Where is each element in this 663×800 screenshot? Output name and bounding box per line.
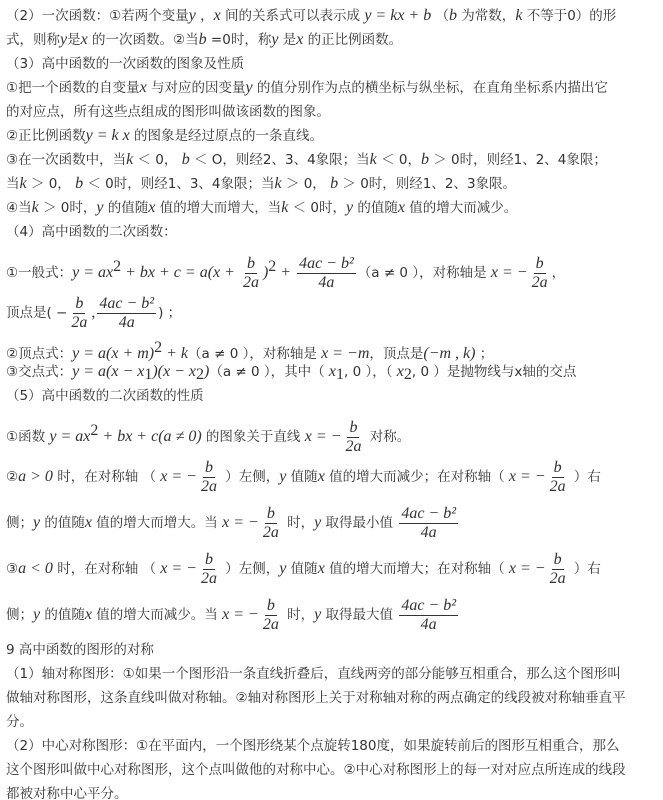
text: =0时，称 bbox=[207, 32, 272, 48]
math-var: x bbox=[85, 514, 92, 531]
s9-p1-line-3: 分。 bbox=[6, 710, 657, 734]
math-var: x bbox=[140, 79, 147, 96]
denominator: 4a bbox=[316, 274, 336, 292]
text: 式，则称 bbox=[6, 32, 60, 48]
math-equation: )(x − x bbox=[152, 363, 196, 380]
s4-intercept-form: ③交点式：y = a(x − x1)(x − x2)（a ≠ 0 ），其中（ x… bbox=[6, 360, 657, 384]
numerator: b bbox=[534, 255, 546, 274]
numerator: b bbox=[245, 255, 257, 274]
text: 不等于0）的形 bbox=[522, 8, 616, 24]
denominator: 2a bbox=[199, 478, 219, 496]
s5-p1: ①函数 y = ax2 + bx + c(a ≠ 0) 的图象关于直线 x = … bbox=[6, 408, 657, 454]
text: ）左侧， bbox=[221, 469, 279, 485]
denominator: 2a bbox=[261, 524, 281, 542]
s9-p2-line-2: 这个图形叫做中心对称图形，这个点叫做他的对称中心。②中心对称图形上的每一对对应点… bbox=[6, 758, 657, 782]
text: ②正比例函数 bbox=[6, 128, 86, 144]
denominator: 2a bbox=[548, 478, 568, 496]
math-var: y bbox=[86, 127, 93, 144]
fraction-b-over-2a: b2a bbox=[261, 597, 281, 634]
text: ② bbox=[6, 469, 18, 485]
numerator: b bbox=[265, 505, 277, 524]
math-var: k bbox=[370, 151, 377, 168]
text: 值的增大而减少。当 bbox=[92, 607, 222, 623]
math-equation: x = − bbox=[509, 468, 546, 485]
text: ）右 bbox=[570, 469, 601, 485]
math-var: k bbox=[32, 199, 39, 216]
text: ）右 bbox=[570, 561, 601, 577]
s4-title: （4）高中函数的二次函数： bbox=[6, 220, 657, 244]
math-equation: x = − bbox=[160, 560, 197, 577]
numerator: 4ac − b² bbox=[399, 505, 458, 524]
s5-p3-line-1: ③a < 0 时，在对称轴 （ x = −b2a ）左侧，y 值随x 值的增大而… bbox=[6, 546, 657, 592]
math-var: x bbox=[318, 560, 325, 577]
text: ＜ 0时， bbox=[288, 200, 346, 216]
math-var: b bbox=[330, 175, 338, 192]
s9-p2-line-3: 都被对称中心平分。 bbox=[6, 782, 657, 800]
s4-vertex-form: ②顶点式：y = a(x + m)2 + k（a ≠ 0 ），对称轴是 x = … bbox=[6, 336, 657, 360]
math-equation: a > 0 bbox=[18, 468, 53, 485]
s9-p1-line-2: 做轴对称图形，这条直线叫做对称轴。②轴对称图形上关于对称轴对称的两点确定的线段被… bbox=[6, 686, 657, 710]
text: （2）一次函数：①若两个变量 bbox=[6, 8, 189, 24]
numerator: 4ac − b² bbox=[297, 255, 356, 274]
s3-p1-line-2: 的对应点，所有这些点组成的图形叫做该函数的图象。 bbox=[6, 100, 657, 124]
text: ③交点式： bbox=[6, 364, 72, 380]
text: 的正比例函数。 bbox=[303, 32, 402, 48]
s3-p2: ②正比例函数y = k x 的图象是经过原点的一条直线。 bbox=[6, 124, 657, 148]
text: 的图象是经过原点的一条直线。 bbox=[130, 128, 323, 144]
math-equation: y = kx + b bbox=[364, 7, 431, 24]
exponent: 2 bbox=[154, 339, 162, 356]
fraction-b-over-2a: b2a bbox=[343, 419, 363, 456]
fraction-b-over-2a: b2a bbox=[69, 295, 89, 332]
denominator: 4a bbox=[419, 524, 439, 542]
text: 时，在对称轴 （ bbox=[53, 561, 160, 577]
text: 值随 bbox=[286, 561, 317, 577]
denominator: 4a bbox=[419, 616, 439, 634]
math-var: x bbox=[318, 468, 325, 485]
denominator: 2a bbox=[241, 274, 261, 292]
subscript: 2 bbox=[196, 366, 204, 383]
denominator: 2a bbox=[199, 570, 219, 588]
fraction-b-over-2a: b2a bbox=[199, 551, 219, 588]
text: 的值随 bbox=[104, 200, 149, 216]
numerator: b bbox=[203, 551, 215, 570]
text: , 0 ），（ bbox=[344, 364, 397, 380]
text: ＞ 0时，则经1、2、3象限。 bbox=[338, 176, 516, 192]
numerator: b bbox=[552, 459, 564, 478]
s2-line-2: 式，则称y是x 的一次函数。②当b =0时，称y 是x 的正比例函数。 bbox=[6, 28, 657, 52]
denominator: 4a bbox=[117, 314, 137, 332]
document: （2）一次函数：①若两个变量y ，x 间的关系式可以表示成 y = kx + b… bbox=[0, 0, 663, 800]
fraction-4ac-b2-over-4a: 4ac − b²4a bbox=[399, 505, 458, 542]
numerator: b bbox=[73, 295, 85, 314]
numerator: b bbox=[552, 551, 564, 570]
text: ①一般式： bbox=[6, 265, 72, 281]
text: 的一次函数。②当 bbox=[88, 32, 199, 48]
math-equation: x = − bbox=[305, 428, 342, 445]
math-var: y bbox=[189, 7, 196, 24]
text: ， bbox=[196, 8, 214, 24]
text: 侧； bbox=[6, 607, 33, 623]
text: ) ； bbox=[158, 305, 181, 321]
text: （ bbox=[431, 8, 449, 24]
numerator: b bbox=[347, 419, 359, 438]
text: 的值随 bbox=[40, 607, 85, 623]
math-var: x bbox=[214, 7, 221, 24]
s4-vertex: 顶点是( −b2a,4ac − b²4a) ； bbox=[6, 290, 657, 336]
text: ①函数 bbox=[6, 429, 49, 445]
math-var: y bbox=[246, 79, 253, 96]
text: ＞ 0时，则经1、2、4象限； bbox=[429, 152, 607, 168]
fraction-b-over-2a: b2a bbox=[548, 459, 568, 496]
text: 是 bbox=[278, 32, 296, 48]
text: 值的增大而增大；在对称轴（ bbox=[325, 561, 509, 577]
fraction-b-over-2a: b2a bbox=[199, 459, 219, 496]
math-var: x bbox=[85, 606, 92, 623]
math-equation: + bbox=[276, 264, 295, 281]
subscript: 1 bbox=[336, 366, 344, 383]
numerator: 4ac − b² bbox=[399, 597, 458, 616]
fraction-b-over-2a: b2a bbox=[261, 505, 281, 542]
math-var: k bbox=[275, 175, 282, 192]
s4-general-form: ①一般式：y = ax2 + bx + c = a(x + b2a)2 + 4a… bbox=[6, 244, 657, 290]
math-var: x bbox=[398, 199, 405, 216]
numerator: b bbox=[265, 597, 277, 616]
fraction-4ac-b2-over-4a: 4ac − b²4a bbox=[297, 255, 356, 292]
text: 值的增大而减少；在对称轴（ bbox=[325, 469, 509, 485]
text: 与对应的因变量 bbox=[147, 80, 246, 96]
s3-p4: ④当k ＞ 0时，y 的值随x 值的增大而增大，当k ＜ 0时，y 的值随x 值… bbox=[6, 196, 657, 220]
text: ＞ 0， bbox=[27, 176, 75, 192]
text: 侧； bbox=[6, 515, 33, 531]
math-var: y bbox=[96, 199, 103, 216]
subscript: 2 bbox=[404, 366, 412, 383]
math-equation: = k x bbox=[93, 127, 130, 144]
text: 时， bbox=[283, 515, 314, 531]
text: ， bbox=[552, 265, 566, 281]
fraction-b-over-2a: b2a bbox=[241, 255, 261, 292]
math-equation: x = − bbox=[509, 560, 546, 577]
math-var: b bbox=[182, 151, 190, 168]
text: （a ≠ 0 ），其中（ bbox=[209, 364, 329, 380]
text: 顶点是( − bbox=[6, 305, 67, 321]
text: 取得最大值 bbox=[321, 607, 397, 623]
text: ＜ 0， bbox=[133, 152, 181, 168]
text: ③在一次函数中，当 bbox=[6, 152, 126, 168]
exponent: 2 bbox=[113, 258, 121, 275]
text: 当 bbox=[6, 176, 20, 192]
text: 的值随 bbox=[40, 515, 85, 531]
math-var: x bbox=[329, 363, 336, 380]
math-var: b bbox=[75, 175, 83, 192]
text: 值的增大而增大。当 bbox=[92, 515, 222, 531]
math-equation: y = ax bbox=[72, 264, 113, 281]
fraction-4ac-b2-over-4a: 4ac − b²4a bbox=[399, 597, 458, 634]
math-var: b bbox=[199, 31, 207, 48]
text: 间的关系式可以表示成 bbox=[221, 8, 365, 24]
text: ）左侧， bbox=[221, 561, 279, 577]
math-equation: x = − bbox=[160, 468, 197, 485]
s5-p3-line-2: 侧；y 的值随x 值的增大而减少。当 x = −b2a 时，y 取得最大值 4a… bbox=[6, 592, 657, 638]
math-var: k bbox=[20, 175, 27, 192]
text: 是 bbox=[67, 32, 81, 48]
math-equation: + bx + c = a(x + bbox=[121, 264, 239, 281]
math-equation: x = − bbox=[222, 606, 259, 623]
s3-p1-line-1: ①把一个函数的自变量x 与对应的因变量y 的值分别作为点的横坐标与纵坐标，在直角… bbox=[6, 76, 657, 100]
text: （a ≠ 0 ），对称轴是 bbox=[358, 265, 491, 281]
text: ＜ O，则经2、3、4象限；当 bbox=[190, 152, 370, 168]
text: 值的增大而减少。 bbox=[405, 200, 517, 216]
s5-p2-line-2: 侧；y 的值随x 值的增大而增大。当 x = −b2a 时，y 取得最小值 4a… bbox=[6, 500, 657, 546]
s9-p1-line-1: （1）轴对称图形：①如果一个图形沿一条直线折叠后，直线两旁的部分能够互相重合，那… bbox=[6, 662, 657, 686]
s3-p3-line-1: ③在一次函数中，当k ＜ 0， b ＜ O，则经2、3、4象限；当k ＜ 0，b… bbox=[6, 148, 657, 172]
text: ＞ 0， bbox=[282, 176, 330, 192]
fraction-4ac-b2-over-4a: 4ac − b²4a bbox=[97, 295, 156, 332]
s3-p3-line-2: 当k ＞ 0， b ＜ 0时，则经1、3、4象限；当k ＞ 0， b ＞ 0时，… bbox=[6, 172, 657, 196]
denominator: 2a bbox=[69, 314, 89, 332]
s3-title: （3）高中函数的一次函数的图象及性质 bbox=[6, 52, 657, 76]
denominator: 2a bbox=[261, 616, 281, 634]
s9-p2-line-1: （2）中心对称图形：①在平面内，一个图形绕某个点旋转180度，如果旋转前后的图形… bbox=[6, 734, 657, 758]
math-var: x bbox=[397, 363, 404, 380]
denominator: 2a bbox=[548, 570, 568, 588]
text: 取得最小值 bbox=[321, 515, 397, 531]
text: 值随 bbox=[286, 469, 317, 485]
text: ①把一个函数的自变量 bbox=[6, 80, 140, 96]
text: 的图象关于直线 bbox=[202, 429, 305, 445]
text: 的值随 bbox=[353, 200, 398, 216]
denominator: 2a bbox=[343, 438, 363, 456]
text: , 0 ）是抛物线与x轴的交点 bbox=[412, 364, 576, 380]
fraction-b-over-2a: b2a bbox=[548, 551, 568, 588]
math-equation: y = ax bbox=[49, 428, 90, 445]
numerator: 4ac − b² bbox=[97, 295, 156, 314]
fraction-b-over-2a: b2a bbox=[530, 255, 550, 292]
text: ④当 bbox=[6, 200, 32, 216]
s9-title: 9 高中函数的图形的对称 bbox=[6, 638, 657, 662]
text: ③ bbox=[6, 561, 18, 577]
math-equation: x = − bbox=[491, 264, 528, 281]
text: ＜ 0， bbox=[377, 152, 421, 168]
text: ＜ 0时，则经1、3、4象限；当 bbox=[83, 176, 274, 192]
numerator: b bbox=[203, 459, 215, 478]
s2-line-1: （2）一次函数：①若两个变量y ，x 间的关系式可以表示成 y = kx + b… bbox=[6, 4, 657, 28]
denominator: 2a bbox=[530, 274, 550, 292]
math-equation: y = a(x − x bbox=[72, 363, 144, 380]
text: 值的增大而增大，当 bbox=[155, 200, 281, 216]
math-equation: a < 0 bbox=[18, 560, 53, 577]
math-equation: x = − bbox=[222, 514, 259, 531]
math-equation: + bx + c(a ≠ 0) bbox=[98, 428, 201, 445]
text: 时，在对称轴 （ bbox=[53, 469, 160, 485]
math-var: x bbox=[81, 31, 88, 48]
text: 的值分别作为点的横坐标与纵坐标，在直角坐标系内描出它 bbox=[253, 80, 608, 96]
s5-title: （5）高中函数的二次函数的性质 bbox=[6, 384, 657, 408]
math-var: b bbox=[449, 7, 457, 24]
s5-p2-line-1: ②a > 0 时，在对称轴 （ x = −b2a ）左侧，y 值随x 值的增大而… bbox=[6, 454, 657, 500]
text: 对称。 bbox=[365, 429, 410, 445]
text: ＞ 0时， bbox=[39, 200, 97, 216]
math-var: b bbox=[421, 151, 429, 168]
text: 为常数， bbox=[457, 8, 515, 24]
text: 时， bbox=[283, 607, 314, 623]
